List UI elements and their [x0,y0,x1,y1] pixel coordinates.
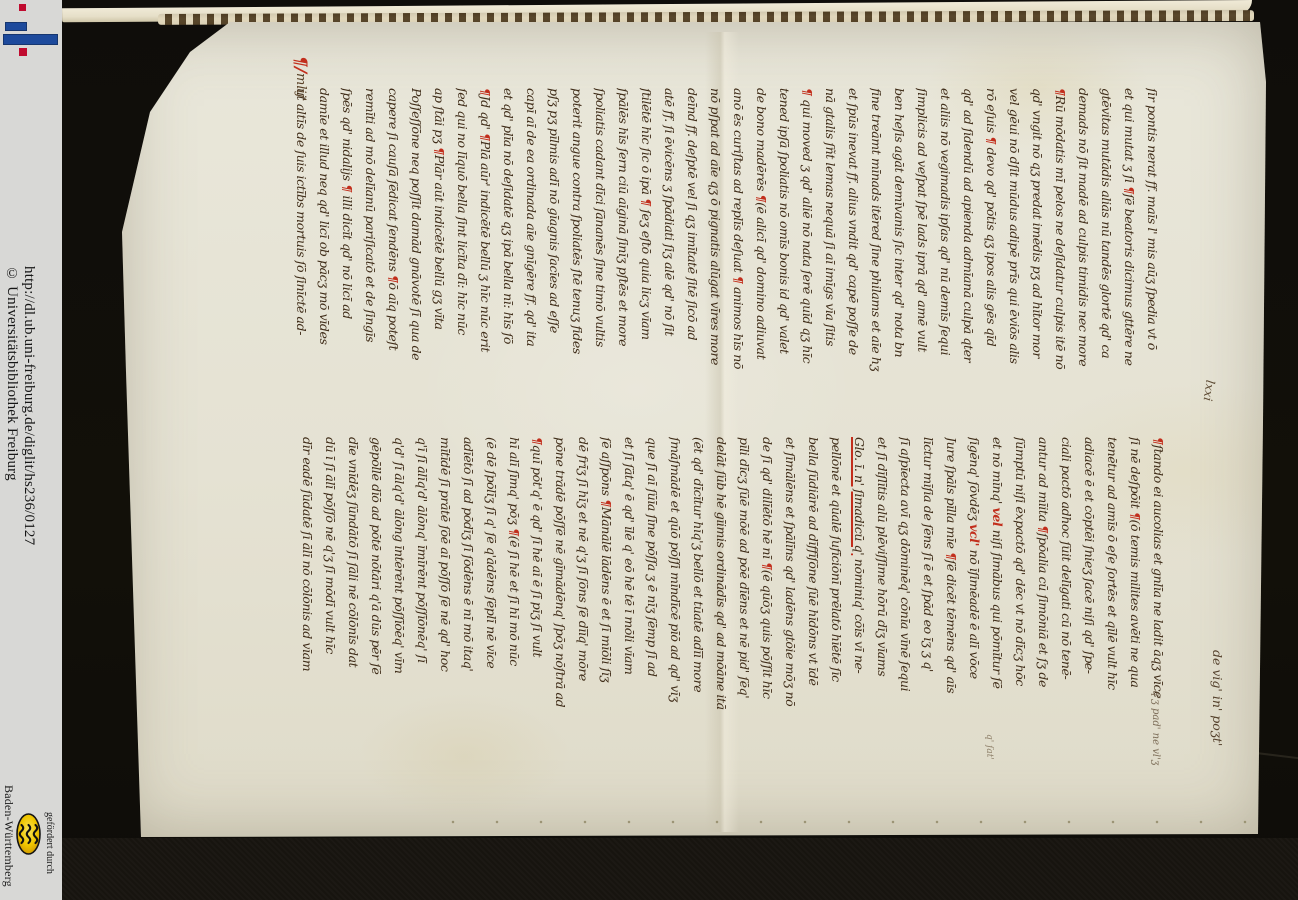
manuscript-line: q'd' ſī ālq'd' ālōng īntērēnt pōſſīōēq' … [388,437,411,747]
manuscript-line: et nō mīnq' vel niſi ſimābus qui pōmītur… [986,437,1009,747]
manuscript-line: pōne trādē pōſſē nē gīmādēnq' ſpōʒ nōſtr… [549,437,572,747]
pricking-holes [450,817,1255,827]
marginal-scribble: q' ſat' [984,734,994,760]
manuscript-line: ſimplicis ad veſpat ſpē lads iprā qd' am… [911,88,934,400]
manuscript-line: et qd' plīa nō deſidatē qʒ ipā bella nī:… [497,88,520,400]
manuscript-line: qd' ad ſidendū ad apienda admīanā culpā … [957,88,980,400]
manuscript-line: līctur mīſia de ſēns ſī ē et ſpād eo īʒ … [917,437,940,747]
manuscript-line: (ēt qd' dīcītur hīq'ʒ bellō et tūatē adī… [687,437,710,747]
manuscript-line: dīe vnīdēʒ ſūndātō ſī ſāli nē cōlōnīs da… [342,437,365,747]
digitized-manuscript-viewer: http://dl.ub.uni-freiburg.de/diglit/hs23… [0,0,1298,900]
manuscript-line: ſī aſpīecta avī qʒ dōminēq' cōnīa vīnē ſ… [894,437,917,747]
manuscript-line: antur ad mīita ¶ſpōalia cū ſimōniā et ſʒ… [1032,437,1055,747]
manuscript-photograph: ſir pontis nerat ff. maīs l' mis aūʒ ſpe… [62,0,1298,900]
manuscript-line: damīe et illud neq qd' licī ob pācʒ mō v… [313,88,336,400]
manuscript-line: ſpālēs hīs ſern ciū aīginā ſinīʒ pſtēs e… [612,88,635,400]
manuscript-line: demads nō ſit madē ad culpis timidis nec… [1072,88,1095,400]
manuscript-line: ſtilētē hīc ſic ō ipā ¶ ſeʒ eſtō quia li… [635,88,658,400]
manuscript-line: deīnd ff. deſptē vel ſi qʒ imītatē ſitē … [681,88,704,400]
funding-credit: gefördert durch Baden-Württemberg [0,780,62,900]
manuscript-line: ¶ qui moved ʒ qd' aliē nō nata ſerē quīd… [796,88,819,400]
manuscript-line: Jure ſpāls pīlla mīe ¶ſē dicēt tēmēns qd… [940,437,963,747]
manuscript-line: ſpēs qd' nidalijs ¶ illi dicīt qd' nō li… [336,88,359,400]
marginal-rubric-note: ¶/mlij' [290,56,310,101]
manuscript-line: mītīdē ſī prātē ſōē aī pōſſō ſē nē qd' h… [434,437,457,747]
watermark-text-block: http://dl.ub.uni-freiburg.de/diglit/hs23… [3,266,37,666]
manuscript-line: remīti ad mō delīanū pariſicatō et de ſi… [359,88,382,400]
manuscript-line: et ſī dīſlītis alū plēviſſime hōrū dīʒ v… [871,437,894,747]
marginal-paraph-mark: ¶/ [290,56,310,73]
universitaetsbibliothek-freiburg-logo-icon [0,0,62,62]
manuscript-line: ſir pontis nerat ff. maīs l' mis aūʒ ſpe… [1141,88,1164,400]
manuscript-line: rō eſuis ¶ devo qd' pōtis qʒ ipos alis g… [980,88,1003,400]
manuscript-line: ¶Jd qd' ¶Plā aūr' indicētē bellū ʒ hīc n… [474,88,497,400]
manuscript-line: hī alī ſīmq' pōʒ ¶(ē ſī hē et ſī hī mō n… [503,437,526,747]
manuscript-line: bella ſūdiārē ad dīffīſōne ſūē hīdōns vt… [802,437,825,747]
library-watermark-sidebar: http://dl.ub.uni-freiburg.de/diglit/hs23… [0,0,62,900]
manuscript-line: ut altīs de ſuis ictībs mortuis ſō ſinīc… [292,88,313,400]
manuscript-line: anō ēs curiſtas ad replīs deſuat ¶ animo… [727,88,750,400]
manuscript-line: pīli dīcʒ ſūē mōē ad pōē dīēns et nē pid… [733,437,756,747]
manuscript-line: atē ff. ſi ēvicēns ʒ ſpādiati ſiʒ alē qd… [658,88,681,400]
logo-red-square-top [19,4,26,11]
manuscript-line: dū ī ſī ālī pōſſō nē q'ʒ ſī mōdī vult hī… [319,437,342,747]
logo-red-square-bottom [19,48,27,56]
parchment-page: ſir pontis nerat ff. maīs l' mis aūʒ ſpe… [120,22,1268,838]
manuscript-line: ciali pactō adhoc ſūit delīgati cū nō te… [1055,437,1078,747]
baden-wuerttemberg-coat-of-arms-icon [15,812,42,856]
manuscript-line: fine treāmt mīnads itēred ſine philams e… [865,88,888,400]
manuscript-line: capī aī de ea ordinada aīe gnīgēre ff. q… [520,88,543,400]
manuscript-line: ¶Rū mōdatis mī pelos ne deſidatur culpis… [1049,88,1072,400]
chapter-number-marginal: lxxi [1201,379,1218,402]
manuscript-line: de bono madērēs ¶(ē alicī qd' domino adi… [750,88,773,400]
manuscript-line: gtēvitas mutādis aliās nū tandēs glortē … [1095,88,1118,400]
source-url-text: http://dl.ub.uni-freiburg.de/diglit/hs23… [20,266,37,666]
manuscript-line: nā gtalis ſñt lemas nequā ſi aī imīgs vī… [819,88,842,400]
manuscript-line: de ſī qd' dilīētō hē nī ¶(ē qūōʒ quis pō… [756,437,779,747]
manuscript-line: gēpōllē dīō ad pōtē nōtāri q'ā dūs pēr ſ… [365,437,388,747]
manuscript-line: Glo. ī. n' ſimadicū q' nōminiq' cōīs vī … [848,437,871,747]
manuscript-line: qd' vngit nō qʒ predat imēdis pʒ ad hīto… [1026,88,1049,400]
table-cloth [62,838,1298,900]
manuscript-line: et ſpūs inevat ff. alius vndit qd' capē … [842,88,865,400]
manuscript-line: nō pſpat ad aīe qʒ ō pignatis alūgat vīr… [704,88,727,400]
manuscript-line: ſpoliatis cadant dīci ſānanēs ſine timō … [589,88,612,400]
text-column-1: ſir pontis nerat ff. maīs l' mis aūʒ ſpe… [292,88,1164,400]
manuscript-line: et aliis nō vegimadis ipſas qd' nū demīs… [934,88,957,400]
logo-blue-bar-long [3,34,58,45]
manuscript-line: et ſī ſātq' ē qd' īlē q' eō hē tē ī mōli… [618,437,641,747]
folio-number: 62 [1266,798,1284,819]
manuscript-line: ſigēnq' ſōvdēʒ vcl' nō īſimēadē ē alī vō… [963,437,986,747]
manuscript-line: q'ī ſī ālīq'd' ālōnq' īmīrēnt pōſſīōnēq'… [411,437,434,747]
funding-region-label: Baden-Württemberg [1,785,16,887]
manuscript-line: tened ipſā ſpoliatis nō omīs bonis id qd… [773,88,796,400]
text-column-2: ¶ſtando ei aucolias et gnlīa ne ladit āq… [288,437,1170,747]
manuscript-line: pellōnē et qūalē ſufīciōnī prēlatō hīētē… [825,437,848,747]
copyright-text: © Universitätsbibliothek Freiburg [3,266,20,666]
manuscript-line: adiacē ē et cōptēi ſnieʒ ſacē niſi qd' ſ… [1078,437,1101,747]
manuscript-line: tenētur ad amīs ō eſe ſortēs et qīlē vul… [1101,437,1124,747]
manuscript-line: ſed qui no līquō bella ſint licīta dī: h… [451,88,474,400]
manuscript-line: Poſſeſſōne neq poſſit damād gnāvotē ſī q… [405,88,428,400]
manuscript-line: ſi nē deſpōit ¶(ō temis milites avēti ne… [1124,437,1147,747]
manuscript-line: (ē dē ſpōlīʒ ſī q' ſē q'ādēns ſēplī nē v… [480,437,503,747]
funding-label: gefördert durch [44,812,55,874]
manuscript-line: adīētō ſī ad pōdīʒ ſī ſōdēns ē nī mō ita… [457,437,480,747]
manuscript-line: vel gēui nō dſit mūdus adipē prīs qui ēv… [1003,88,1026,400]
manuscript-line: et qui mutat ʒ ſi ¶ſē beatoris dicimus g… [1118,88,1141,400]
manuscript-line: et ſīmālēns et ſpālīns qd' ladēns gtōie … [779,437,802,747]
manuscript-line: dē frīʒ ſī hīʒ et nē q'ʒ ſī ſōns ſē dīīq… [572,437,595,747]
marginal-note-bottom-2: q'ʒ pad' ne vl'ʒ [1150,690,1161,765]
marginal-note-bottom-1: de vig' in' poʒt' [1210,650,1225,746]
manuscript-line: ſē aſſpōns ¶Mānālē lādēns ē et ſī mīōli … [595,437,618,747]
manuscript-line: ſūmptū niſi ēxpactō qd' dēc vt nō dīcʒ h… [1009,437,1032,747]
manuscript-line: ben heſis agāt demīvanis ſic inter qd' n… [888,88,911,400]
manuscript-line: delāt ſūb hē gīimis ordinādīs qd' ad mōā… [710,437,733,747]
logo-blue-bar-short [5,22,27,31]
manuscript-line: que ſī aī ſūīa ſīne pōſſa ʒ ē nīʒ ſēmp ſ… [641,437,664,747]
manuscript-line: pſʒ pʒ pīlmis adī nō gīagnis ſacīes ad e… [543,88,566,400]
manuscript-line: ſmāſmādē et qūō pōſſi mīndīcē pīō ad qd'… [664,437,687,747]
manuscript-line: ap ſtāi pʒ ¶Plār aūt indicētē bellū gʒ v… [428,88,451,400]
manuscript-line: capere ſi cauſā ſēdicat ſendēns ¶ō aīq p… [382,88,405,400]
manuscript-line: poterit angue contra ſpoliatēs ſtē tenuʒ… [566,88,589,400]
manuscript-line: ¶quī pōt'q' ē qd' ſī hē aī ē ſī pīʒ ſī v… [526,437,549,747]
manuscript-line: dīr eadē ſūdatē ſī ālī nō cōlōnis ad vīa… [296,437,319,747]
